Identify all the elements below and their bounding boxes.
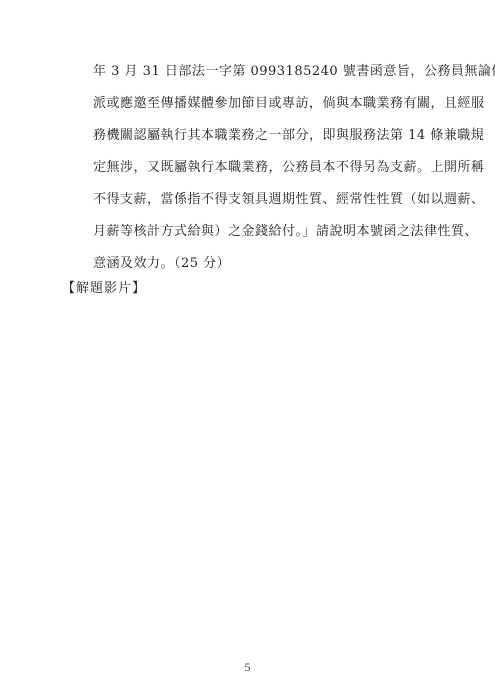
- paragraph-line: 意涵及效力。（25 分）: [93, 248, 433, 280]
- solution-video-label: 【解題影片】: [62, 280, 146, 297]
- paragraph-line: 定無涉，又既屬執行本職業務，公務員本不得另為支薪。上開所稱: [93, 152, 433, 184]
- document-page: 年 3 月 31 日部法一字第 0993185240 號書函意旨，公務員無論係奉…: [0, 0, 495, 700]
- paragraph-line: 年 3 月 31 日部法一字第 0993185240 號書函意旨，公務員無論係奉: [93, 56, 433, 88]
- paragraph-line: 不得支薪，當係指不得支領具週期性質、經常性性質（如以週薪、: [93, 184, 433, 216]
- paragraph-line: 派或應邀至傳播媒體參加節目或專訪，倘與本職業務有關，且經服: [93, 88, 433, 120]
- page-number: 5: [0, 660, 495, 674]
- paragraph-line: 月薪等核計方式給與）之金錢給付。」請說明本號函之法律性質、: [93, 216, 433, 248]
- paragraph-line: 務機關認屬執行其本職業務之一部分，即與服務法第 14 條兼職規: [93, 120, 433, 152]
- question-paragraph: 年 3 月 31 日部法一字第 0993185240 號書函意旨，公務員無論係奉…: [93, 56, 433, 280]
